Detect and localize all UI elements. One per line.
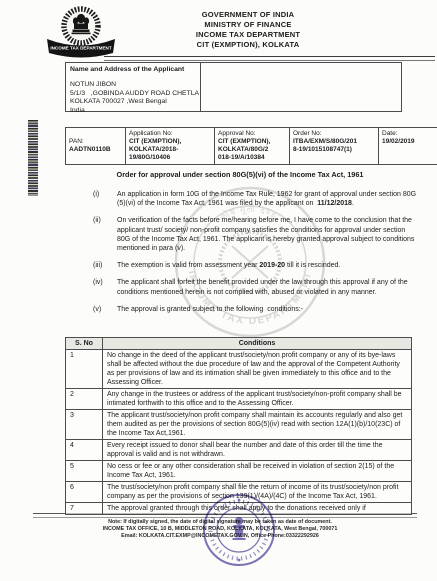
order-no-cell: Order No: ITBA/EXM/S/80G/201 8-19/101510… <box>290 128 379 165</box>
approval-no-value: CIT (EXMPTION), KOLKATA/80G/2 018-19/A/1… <box>218 138 286 162</box>
info-table-row: PAN: AADTN0110B Application No: CIT (EXM… <box>66 128 437 165</box>
conditions-header-conditions: Conditions <box>103 338 412 350</box>
condition-4-text: Every receipt issued to donor shall bear… <box>103 440 412 461</box>
paragraph-v-pre: The approval is granted subject to the f… <box>117 306 303 313</box>
condition-6-no: 6 <box>66 482 103 503</box>
header-line-dept: INCOME TAX DEPARTMENT <box>95 30 401 40</box>
paragraph-v-number: (v) <box>93 305 117 314</box>
paragraph-i-bold: 11/12/2018 <box>317 200 352 207</box>
barcode <box>28 120 38 196</box>
applicant-box-left-cell: Name and Address of the Applicant NOTUN … <box>66 63 201 111</box>
conditions-header-row: S. No Conditions <box>66 338 412 350</box>
application-no-value: CIT (EXMPTION), KOLKATA/2018- 19/80G/104… <box>129 138 211 162</box>
paragraph-iii-bold: 2019-20 <box>259 262 285 269</box>
paragraph-i-post: . <box>352 200 354 207</box>
info-table: PAN: AADTN0110B Application No: CIT (EXM… <box>65 127 437 165</box>
application-no-cell: Application No: CIT (EXMPTION), KOLKATA/… <box>126 128 215 165</box>
conditions-table: S. No Conditions 1 No change in the deed… <box>65 337 412 515</box>
paragraph-i-number: (i) <box>93 190 117 208</box>
order-paragraphs: (i) An application in form 10G of the In… <box>93 190 417 322</box>
condition-2-text: Any change in the trustees or address of… <box>103 389 412 410</box>
paragraph-iv-text: The applicant shall forfeit the benefit … <box>117 278 417 296</box>
paragraph-iii-number: (iii) <box>93 261 117 270</box>
applicant-box-right-cell <box>201 63 401 111</box>
paragraph-ii-pre: On verification of the facts before me/h… <box>117 217 416 252</box>
paragraph-ii-text: On verification of the facts before me/h… <box>117 216 417 253</box>
pan-label: PAN: <box>69 138 122 146</box>
condition-row-3: 3 The applicant trust/society/non profit… <box>66 410 412 440</box>
round-stamp-icon <box>200 491 278 569</box>
paragraph-i-pre: An application in form 10G of the Income… <box>117 191 418 207</box>
paragraph-v: (v) The approval is granted subject to t… <box>93 305 417 314</box>
order-title: Order for approval under section 80G(5)(… <box>20 170 437 179</box>
condition-row-5: 5 No cess or fee or any other considerat… <box>66 461 412 482</box>
order-no-value: ITBA/EXM/S/80G/201 8-19/1015108747(1) <box>293 138 375 154</box>
paragraph-iii: (iii) The exemption is valid from assess… <box>93 261 417 270</box>
document-page: INCOME TAX DEPARTMENT GOVERNMENT OF INDI… <box>0 0 437 581</box>
applicant-box: Name and Address of the Applicant NOTUN … <box>65 62 402 112</box>
date-value: 19/02/2019 <box>382 138 435 146</box>
paragraph-iii-post: till it is rescinded. <box>285 262 340 269</box>
conditions-header-sno: S. No <box>66 338 103 350</box>
condition-1-text: No change in the deed of the applicant t… <box>103 350 412 389</box>
condition-row-4: 4 Every receipt issued to donor shall be… <box>66 440 412 461</box>
paragraph-iv-pre: The applicant shall forfeit the benefit … <box>117 279 410 295</box>
pan-cell: PAN: AADTN0110B <box>66 128 126 165</box>
condition-5-text: No cess or fee or any other consideratio… <box>103 461 412 482</box>
date-cell: Date: 19/02/2019 <box>379 128 437 165</box>
order-no-label: Order No: <box>293 130 375 138</box>
condition-3-no: 3 <box>66 410 103 440</box>
application-no-label: Application No: <box>129 130 211 138</box>
header-line-ministry: MINISTRY OF FINANCE <box>95 20 401 30</box>
office-round-stamp <box>200 491 278 569</box>
paragraph-iv: (iv) The applicant shall forfeit the ben… <box>93 278 417 296</box>
header-org-block: GOVERNMENT OF INDIA MINISTRY OF FINANCE … <box>95 10 401 50</box>
paragraph-iii-pre: The exemption is valid from assessment y… <box>117 262 259 269</box>
header-line-govt: GOVERNMENT OF INDIA <box>95 10 401 20</box>
paragraph-ii-number: (ii) <box>93 216 117 253</box>
condition-4-no: 4 <box>66 440 103 461</box>
condition-3-text: The applicant trust/society/non profit c… <box>103 410 412 440</box>
header-divider <box>104 56 435 61</box>
applicant-label: Name and Address of the Applicant <box>70 66 196 74</box>
paragraph-v-text: The approval is granted subject to the f… <box>117 305 417 314</box>
pan-value: AADTN0110B <box>69 146 122 154</box>
paragraph-i: (i) An application in form 10G of the In… <box>93 190 417 208</box>
condition-row-2: 2 Any change in the trustees or address … <box>66 389 412 410</box>
date-label: Date: <box>382 130 435 138</box>
paragraph-iv-number: (iv) <box>93 278 117 296</box>
condition-7-no: 7 <box>66 503 103 515</box>
approval-no-cell: Approval No: CIT (EXMPTION), KOLKATA/80G… <box>215 128 290 165</box>
condition-row-1: 1 No change in the deed of the applicant… <box>66 350 412 389</box>
header-line-cit: CIT (EXMPTION), KOLKATA <box>95 40 401 50</box>
paragraph-ii: (ii) On verification of the facts before… <box>93 216 417 253</box>
approval-no-label: Approval No: <box>218 130 286 138</box>
condition-2-no: 2 <box>66 389 103 410</box>
paragraph-i-text: An application in form 10G of the Income… <box>117 190 417 208</box>
paragraph-iii-text: The exemption is valid from assessment y… <box>117 261 417 270</box>
condition-1-no: 1 <box>66 350 103 389</box>
condition-5-no: 5 <box>66 461 103 482</box>
